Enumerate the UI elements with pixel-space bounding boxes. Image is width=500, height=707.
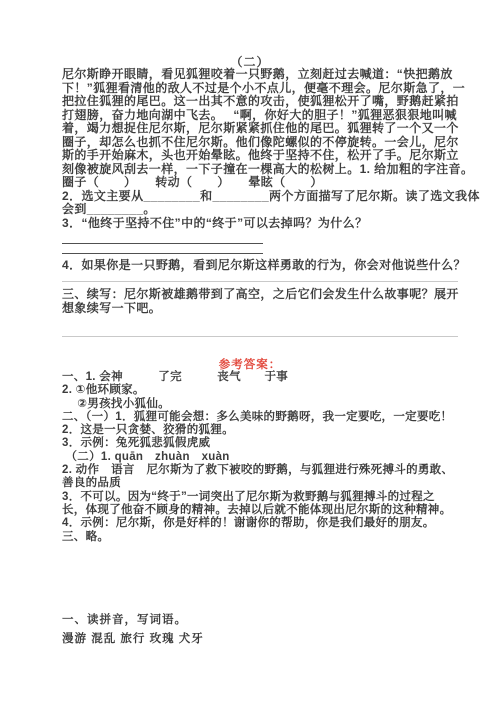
answer-line-pinyin: （二）1. quān zhuàn xuàn [62, 451, 482, 464]
passage-line: 尼尔斯睁开眼睛，看见狐狸咬着一只野鹅，立刻赶过去喊道：“快把鹅放 [62, 68, 472, 82]
answer-line: 二、（一）1．狐狸可能会想：多么美味的野鹅呀，我一定要吃，一定要吃！ [62, 411, 482, 424]
passage-line: 斯的手开始麻木，头也开始晕眩。他终于坚持不住，松开了手。尼尔斯立 [62, 149, 472, 163]
answer-line: 一、1. 会神 了完 丧气 于事 [62, 371, 482, 384]
question-3: 3．“他终于坚持不住”中的“终于”可以去掉吗？为什么？ [62, 217, 472, 231]
passage-line: 刻像被旋风刮去一样，一下子撞在一棵高大的松树上。1. 给加粗的字注音。 [62, 163, 472, 177]
answer-line: 善良的品质 [62, 477, 482, 490]
section-3-prompt: 三、续写：尼尔斯被雄鹅带到了高空，之后它们会发生什么故事呢？展开 想象续写一下吧… [62, 287, 472, 315]
horizontal-divider [62, 336, 458, 337]
passage-line: 打翅膀，奋力地向湖中飞去。 “啊，你好大的胆子！”狐狸恶狠狠地叫喊 [62, 109, 472, 123]
answer-blank-line [62, 243, 263, 244]
answer-line: 3．不可以。因为“终于”一词突出了尼尔斯为救野鹅与狐狸搏斗的过程之 [62, 491, 482, 504]
section-3-line: 想象续写一下吧。 [62, 301, 472, 315]
exercise-words: 漫游 混乱 旅行 玫瑰 犬牙 [62, 630, 472, 649]
passage-line: 下！”狐狸看清他的敌人不过是个小不点儿，便毫不理会。尼尔斯急了，一 [62, 82, 472, 96]
question-4: 4．如果你是一只野鹅，看到尼尔斯这样勇敢的行为，你会对他说些什么？ [62, 256, 472, 273]
answer-line: 2．这是一只贪婪、狡猾的狐狸。 [62, 424, 482, 437]
section-3-line: 三、续写：尼尔斯被雄鹅带到了高空，之后它们会发生什么故事呢？展开 [62, 287, 472, 301]
answer-line: 2. ①他环顾家。 [62, 384, 482, 397]
answer-line: 2. 动作 语言 尼尔斯为了救下被咬的野鹅，与狐狸进行殊死搏斗的勇敢、 [62, 464, 482, 477]
question-2-continued: 会到________。 [62, 203, 472, 217]
horizontal-divider [62, 281, 458, 282]
answer-line: 长，体现了他奋不顾身的精神。去掉以后就不能体现出尼尔斯的这种精神。 [62, 504, 482, 517]
passage-line: 圈子，却怎么也抓不住尼尔斯。他们像陀螺似的不停旋转。一会儿，尼尔 [62, 136, 472, 150]
reading-passage: 尼尔斯睁开眼睛，看见狐狸咬着一只野鹅，立刻赶过去喊道：“快把鹅放 下！”狐狸看清… [62, 68, 472, 230]
pinyin-question-blanks: 圈子（ ） 转动（ ） 晕眩（ ） [62, 176, 472, 190]
next-exercise-section: 一、读拼音，写词语。 漫游 混乱 旅行 玫瑰 犬牙 [62, 611, 472, 648]
question-2: 2．选文主要从________和________两个方面描写了尼尔斯。读了选文我… [62, 190, 472, 204]
answer-line: 3．示例：兔死狐悲狐假虎威 [62, 437, 482, 450]
answer-blank-line [62, 253, 263, 254]
answer-line: ②男孩找小狐仙。 [62, 398, 482, 411]
answer-line: 4．示例：尼尔斯，你是好样的！谢谢你的帮助，你是我们最好的朋友。 [62, 517, 482, 530]
exercise-heading: 一、读拼音，写词语。 [62, 611, 472, 630]
answer-key: 一、1. 会神 了完 丧气 于事 2. ①他环顾家。 ②男孩找小狐仙。 二、（一… [62, 371, 482, 544]
passage-line: 把拉住狐狸的尾巴。这一出其不意的攻击，使狐狸松开了嘴，野鹅赶紧拍 [62, 95, 472, 109]
answer-line: 三、略。 [62, 531, 482, 544]
passage-line: 着，竭力想捉住尼尔斯，尼尔斯紧紧抓住他的尾巴。狐狸转了一个又一个 [62, 122, 472, 136]
answers-heading: 参考答案： [0, 356, 500, 372]
test-paper-page: （二） 尼尔斯睁开眼睛，看见狐狸咬着一只野鹅，立刻赶过去喊道：“快把鹅放 下！”… [0, 0, 500, 707]
